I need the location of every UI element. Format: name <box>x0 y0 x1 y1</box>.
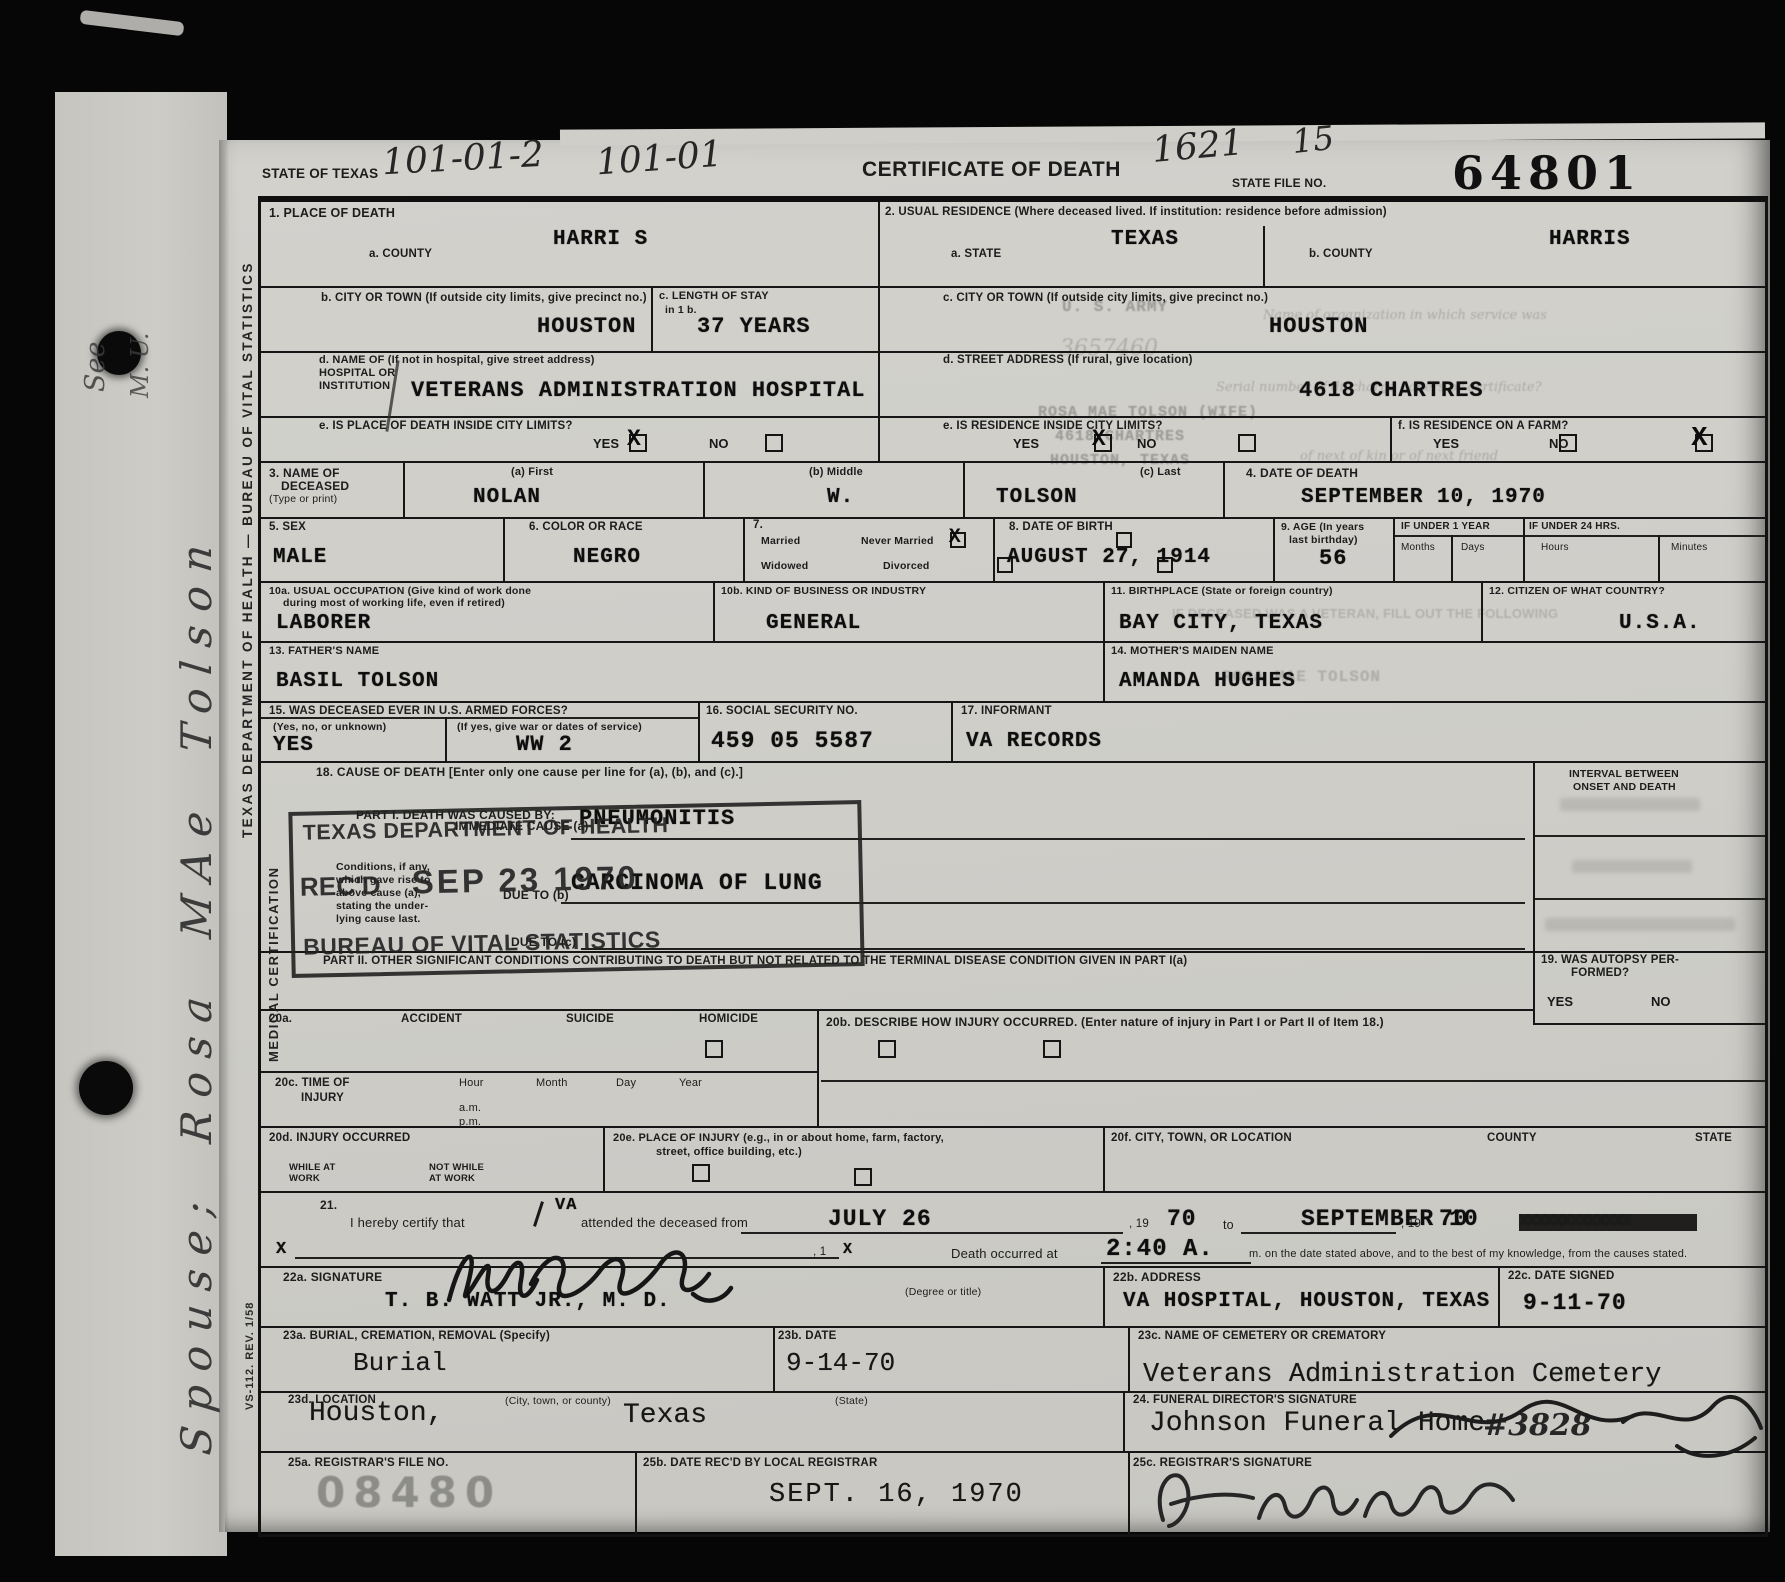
grid-line <box>261 1009 1533 1011</box>
day-label: Day <box>616 1077 636 1090</box>
residence-city-value: HOUSTON <box>1269 314 1368 339</box>
residence-county-value: HARRIS <box>1549 228 1631 251</box>
age-label2: last birthday) <box>1289 534 1358 546</box>
homicide-checkbox <box>1043 1040 1061 1058</box>
suicide-label: SUICIDE <box>566 1013 614 1027</box>
grid-line <box>821 1080 1765 1082</box>
grid-line <box>703 461 705 517</box>
grid-line <box>1123 1391 1125 1451</box>
no-label: NO <box>1137 436 1157 451</box>
grid-line <box>635 1451 637 1534</box>
hospital-label2: HOSPITAL OR <box>319 367 395 380</box>
informant-label: 17. INFORMANT <box>961 705 1052 719</box>
county-value: HARRI S <box>553 228 648 251</box>
not-while-at-work-checkbox <box>854 1168 872 1186</box>
grid-line <box>1451 535 1453 581</box>
industry-label: 10b. KIND OF BUSINESS OR INDUSTRY <box>721 585 926 597</box>
burial-date-value: 9-14-70 <box>786 1348 895 1378</box>
grid-line <box>1128 1451 1130 1534</box>
birthplace-label: 11. BIRTHPLACE (State or foreign country… <box>1111 585 1333 597</box>
marital-status-label: 7. <box>753 519 763 533</box>
homicide-label: HOMICIDE <box>699 1013 758 1027</box>
hole-punch <box>79 1061 133 1115</box>
yes-label: YES <box>1433 436 1459 451</box>
if-under-1-year-label: IF UNDER 1 YEAR <box>1401 521 1490 533</box>
yes-label: YES <box>593 436 619 451</box>
fathers-name-value: BASIL TOLSON <box>276 670 439 693</box>
occupation-label: 10a. USUAL OCCUPATION (Give kind of work… <box>269 585 531 597</box>
date-of-death-value: SEPTEMBER 10, 1970 <box>1301 486 1546 509</box>
hospital-value: VETERANS ADMINISTRATION HOSPITAL <box>411 378 865 403</box>
armed-forces-sublabel: (Yes, no, or unknown) <box>273 721 386 733</box>
time-of-injury-label: 20c. TIME OF <box>275 1077 350 1091</box>
sex-label: 5. SEX <box>269 521 306 535</box>
stamp-recd-label: REC'D <box>300 870 381 902</box>
funeral-director-signature-handwriting <box>1381 1378 1771 1464</box>
grid-line <box>1103 641 1105 701</box>
grid-line <box>261 351 1765 353</box>
pen-slash-mark <box>533 1201 544 1227</box>
grid-line <box>261 1126 1765 1128</box>
grid-line <box>743 517 745 581</box>
date-received-value: SEPT. 16, 1970 <box>769 1480 1024 1510</box>
grid-line <box>1103 1266 1105 1326</box>
cause-of-death-label: 18. CAUSE OF DEATH [Enter only one cause… <box>316 765 743 779</box>
injury-occurred-label: 20d. INJURY OCCURRED <box>269 1132 410 1146</box>
checkbox-x-mark: X <box>1691 424 1703 454</box>
while-at-work-checkbox <box>692 1164 710 1182</box>
grid-line <box>261 641 1765 643</box>
grid-line <box>1393 517 1395 581</box>
city-town-county-sublabel: (City, town, or county) <box>505 1395 611 1407</box>
grid-line <box>1273 517 1275 581</box>
death-limits-no-checkbox <box>765 434 783 452</box>
state-file-number-stamp: 64801 <box>1452 146 1642 200</box>
grid-line <box>261 461 1765 463</box>
burial-city-value: Houston, <box>309 1398 443 1429</box>
item-21-label: 21. <box>320 1198 337 1212</box>
while-at-work-label: WHILE AT <box>289 1162 335 1173</box>
part2-label: PART II. OTHER SIGNIFICANT CONDITIONS CO… <box>323 955 1187 969</box>
widowed-label: Widowed <box>761 560 808 572</box>
residence-city-limits-label: e. IS RESIDENCE INSIDE CITY LIMITS? <box>943 420 1163 434</box>
sex-value: MALE <box>273 546 327 569</box>
typed-x-mark: X <box>276 1240 287 1259</box>
describe-injury-label: 20b. DESCRIBE HOW INJURY OCCURRED. (Ente… <box>826 1015 1384 1029</box>
burial-label: 23a. BURIAL, CREMATION, REMOVAL (Specify… <box>283 1330 550 1344</box>
grid-line <box>261 416 1765 418</box>
year-label: Year <box>679 1077 702 1090</box>
grid-line <box>963 461 965 517</box>
city-label: b. CITY OR TOWN (If outside city limits,… <box>321 292 647 306</box>
injury-city-label: 20f. CITY, TOWN, OR LOCATION <box>1111 1132 1292 1146</box>
attended-to-year: 70 <box>1439 1206 1469 1232</box>
scanned-death-certificate: TEXAS DEPARTMENT OF HEALTH — BUREAU OF V… <box>0 0 1785 1582</box>
grid-line <box>1481 581 1483 641</box>
first-name-label: (a) First <box>511 466 553 479</box>
degree-or-title-label: (Degree or title) <box>905 1286 981 1298</box>
middle-name-label: (b) Middle <box>809 466 863 479</box>
hour-label: Hour <box>459 1077 484 1090</box>
minutes-label: Minutes <box>1671 542 1707 554</box>
grid-line <box>1103 1126 1105 1191</box>
grid-line <box>261 286 1765 288</box>
state-sublabel: (State) <box>835 1395 868 1407</box>
place-of-death-title: 1. PLACE OF DEATH <box>269 206 395 221</box>
certificate-form: 1. PLACE OF DEATH a. COUNTY HARRI S b. C… <box>258 196 1768 1537</box>
date-of-death-label: 4. DATE OF DEATH <box>1246 466 1358 480</box>
fathers-name-label: 13. FATHER'S NAME <box>269 645 379 658</box>
date-signed-value: 9-11-70 <box>1523 1290 1627 1316</box>
handwritten-file-number: 15 <box>1290 118 1336 161</box>
typed-x-mark: X <box>843 1241 853 1258</box>
grid-line <box>1393 535 1765 537</box>
certify-text2: attended the deceased from <box>581 1215 748 1230</box>
autopsy-label: 19. WAS AUTOPSY PER- <box>1541 954 1679 968</box>
citizen-value: U.S.A. <box>1619 612 1701 635</box>
color-or-race-value: NEGRO <box>573 546 641 569</box>
funeral-director-label: 24. FUNERAL DIRECTOR'S SIGNATURE <box>1133 1394 1357 1408</box>
comma-19-text: , 1 <box>813 1246 826 1260</box>
registrar-signature-handwriting <box>1141 1454 1541 1534</box>
margin-spouse-handwriting: Spouse; Rosa MAe Tolson <box>172 528 221 1457</box>
pm-label: p.m. <box>459 1116 481 1129</box>
struck-out-text: XXXXXXXXXXXXX <box>1519 1212 1631 1230</box>
certify-text: I hereby certify that <box>350 1215 465 1230</box>
checkbox-x-mark: X <box>949 526 957 549</box>
first-name-value: NOLAN <box>473 486 541 509</box>
county-label: a. COUNTY <box>369 248 432 262</box>
if-under-24-hrs-label: IF UNDER 24 HRS. <box>1529 521 1620 533</box>
grid-line <box>1533 1023 1765 1025</box>
certify-to-underline <box>1241 1232 1396 1234</box>
usual-residence-title: 2. USUAL RESIDENCE (Where deceased lived… <box>885 206 1387 220</box>
married-label: Married <box>761 535 800 547</box>
state-of-texas-label: STATE OF TEXAS <box>262 166 378 182</box>
grid-line <box>261 517 1765 519</box>
mothers-maiden-name-label: 14. MOTHER'S MAIDEN NAME <box>1111 645 1274 658</box>
last-name-value: TOLSON <box>996 486 1078 509</box>
mothers-maiden-name-value: AMANDA HUGHES <box>1119 670 1296 693</box>
checkbox-x-mark: X <box>1092 426 1102 452</box>
injury-state-label: STATE <box>1695 1132 1732 1146</box>
no-label: NO <box>1651 994 1671 1009</box>
birthplace-value: BAY CITY, TEXAS <box>1119 612 1323 635</box>
death-occurred-text: Death occurred at <box>951 1246 1058 1261</box>
grid-line <box>1263 226 1265 286</box>
grid-line <box>261 1071 817 1073</box>
occupation-value: LABORER <box>276 612 371 635</box>
interval-label2: ONSET AND DEATH <box>1573 781 1676 793</box>
grid-line <box>1533 898 1765 900</box>
grid-line <box>445 717 447 761</box>
last-name-label: (c) Last <box>1140 466 1181 479</box>
yes-label: YES <box>1547 994 1573 1009</box>
armed-forces-label: 15. WAS DECEASED EVER IN U.S. ARMED FORC… <box>269 705 568 719</box>
no-label: NO <box>1549 436 1569 451</box>
state-file-no-label: STATE FILE NO. <box>1232 176 1326 190</box>
registrar-file-no-stamp: 08480 <box>316 1468 502 1517</box>
not-while-at-work-label: NOT WHILE <box>429 1162 484 1173</box>
residence-farm-label: f. IS RESIDENCE ON A FARM? <box>1398 420 1568 434</box>
grid-line <box>773 1326 775 1391</box>
hospital-label: d. NAME OF (If not in hospital, give str… <box>319 354 595 367</box>
grid-line <box>993 517 995 581</box>
accident-label: ACCIDENT <box>401 1013 462 1027</box>
grid-line <box>1223 461 1225 517</box>
name-of-deceased-label2: DECEASED <box>281 479 349 493</box>
grid-line <box>403 461 405 517</box>
grid-line <box>1390 416 1392 461</box>
address-value: VA HOSPITAL, HOUSTON, TEXAS <box>1123 1290 1490 1313</box>
margin-note-handwriting: See <box>80 342 111 392</box>
handwritten-district-code: 101-01-2 <box>381 134 545 183</box>
suicide-checkbox <box>878 1040 896 1058</box>
months-label: Months <box>1401 542 1435 554</box>
length-of-stay-value: 37 YEARS <box>697 314 811 339</box>
citizen-label: 12. CITIZEN OF WHAT COUNTRY? <box>1489 585 1665 597</box>
cemetery-label: 23c. NAME OF CEMETERY OR CREMATORY <box>1138 1330 1386 1344</box>
handwritten-file-number: 1621 <box>1150 122 1245 171</box>
grid-line <box>1103 581 1105 641</box>
age-label: 9. AGE (In years <box>1281 521 1364 533</box>
death-city-limits-label: e. IS PLACE OF DEATH INSIDE CITY LIMITS? <box>319 420 573 434</box>
farm-no-checkbox: X <box>1695 434 1713 452</box>
address-label: 22b. ADDRESS <box>1113 1270 1201 1284</box>
death-limits-yes-checkbox: X <box>629 434 647 452</box>
divorced-label: Divorced <box>883 560 930 572</box>
accident-checkbox <box>705 1040 723 1058</box>
attended-from-year: 70 <box>1167 1206 1197 1232</box>
residence-city-label: c. CITY OR TOWN (If outside city limits,… <box>943 292 1268 306</box>
residence-limits-yes-checkbox: X <box>1094 434 1112 452</box>
length-of-stay-label: c. LENGTH OF STAY <box>659 290 769 303</box>
attended-by-va-value: VA <box>555 1196 577 1215</box>
grid-line <box>713 581 715 641</box>
stamp-date: SEP 23 1970 <box>411 859 639 903</box>
residence-state-label: a. STATE <box>951 248 1001 262</box>
grid-line <box>603 1126 605 1191</box>
grid-line <box>1498 1266 1500 1326</box>
comma-19-text: , 19 <box>1129 1218 1149 1232</box>
industry-value: GENERAL <box>766 612 861 635</box>
stamp-agency-line: TEXAS DEPARTMENT OF HEALTH <box>303 813 669 846</box>
date-of-birth-value: AUGUST 27, 1914 <box>1007 546 1211 569</box>
grid-line <box>503 517 505 581</box>
while-at-work-label2: WORK <box>289 1173 320 1184</box>
grid-line <box>261 701 1765 703</box>
ssn-value: 459 05 5587 <box>711 728 874 754</box>
physician-name-typed: T. B. WATT JR., M. D. <box>385 1290 671 1313</box>
middle-name-value: W. <box>827 486 854 509</box>
not-while-at-work-label2: AT WORK <box>429 1173 475 1184</box>
days-label: Days <box>1461 542 1485 554</box>
never-married-label: Never Married <box>861 535 934 547</box>
grid-line <box>878 202 880 461</box>
married-checkbox: X <box>950 532 966 548</box>
item-20a-label: 20a. <box>269 1013 292 1027</box>
hospital-label3: INSTITUTION <box>319 380 390 393</box>
certify-tail-text: m. on the date stated above, and to the … <box>1249 1248 1687 1261</box>
date-received-label: 25b. DATE REC'D BY LOCAL REGISTRAR <box>643 1457 877 1471</box>
month-label: Month <box>536 1077 568 1090</box>
place-of-injury-label2: street, office building, etc.) <box>656 1146 802 1159</box>
grid-line <box>1658 535 1660 581</box>
received-stamp: TEXAS DEPARTMENT OF HEALTH REC'D SEP 23 … <box>288 800 864 978</box>
grid-line <box>261 1326 1765 1328</box>
time-of-injury-label2: INJURY <box>301 1092 344 1106</box>
grid-line <box>698 701 700 761</box>
autopsy-label2: FORMED? <box>1571 967 1629 981</box>
grid-line <box>261 1191 1765 1193</box>
burial-value: Burial <box>353 1348 447 1378</box>
type-or-print-label: (Type or print) <box>269 493 337 505</box>
grid-line <box>651 286 653 351</box>
yes-label: YES <box>1013 436 1039 451</box>
interval-label: INTERVAL BETWEEN <box>1569 768 1679 780</box>
comma-19-text: , 19 <box>1401 1218 1421 1232</box>
age-value: 56 <box>1319 546 1347 571</box>
city-value: HOUSTON <box>537 314 636 339</box>
occupation-label2: during most of working life, even if ret… <box>283 597 505 609</box>
grid-line <box>261 761 1765 763</box>
to-text: to <box>1223 1218 1234 1233</box>
signature-label: 22a. SIGNATURE <box>283 1270 382 1284</box>
margin-form-code-text: VS-112. REV. 1/58 <box>244 1302 257 1410</box>
grid-line <box>1523 517 1525 581</box>
no-label: NO <box>709 436 729 451</box>
death-time-value: 2:40 A. <box>1106 1236 1214 1263</box>
film-scratch <box>80 10 185 37</box>
grid-line <box>817 1009 819 1126</box>
color-or-race-label: 6. COLOR OR RACE <box>529 521 643 535</box>
ssn-label: 16. SOCIAL SECURITY NO. <box>706 705 858 719</box>
am-label: a.m. <box>459 1102 481 1115</box>
attended-from-date: JULY 26 <box>828 1206 932 1232</box>
residence-county-label: b. COUNTY <box>1309 248 1373 262</box>
burial-state-value: Texas <box>623 1400 707 1431</box>
armed-forces-value: YES <box>273 734 314 757</box>
date-of-birth-label: 8. DATE OF BIRTH <box>1009 521 1113 535</box>
war-service-value: WW 2 <box>516 732 573 757</box>
grid-line <box>1128 1326 1130 1391</box>
grid-line <box>1533 835 1765 837</box>
checkbox-x-mark: X <box>627 426 637 452</box>
date-signed-label: 22c. DATE SIGNED <box>1508 1270 1615 1284</box>
grid-line <box>1533 761 1535 1023</box>
grid-line <box>261 581 1765 583</box>
length-of-stay-sublabel: in 1 b. <box>665 304 697 316</box>
informant-value: VA RECORDS <box>966 730 1102 753</box>
margin-agency-text: TEXAS DEPARTMENT OF HEALTH — BUREAU OF V… <box>240 261 256 838</box>
street-address-value: 4618 CHARTRES <box>1299 378 1484 403</box>
residence-limits-no-checkbox <box>1238 434 1256 452</box>
burial-date-label: 23b. DATE <box>778 1330 836 1344</box>
certify-from-underline <box>741 1232 1123 1234</box>
hours-label: Hours <box>1541 542 1569 554</box>
place-of-injury-label: 20e. PLACE OF INJURY (e.g., in or about … <box>613 1132 944 1145</box>
street-address-label: d. STREET ADDRESS (If rural, give locati… <box>943 354 1193 368</box>
certificate-title: CERTIFICATE OF DEATH <box>862 158 1121 183</box>
residence-state-value: TEXAS <box>1111 228 1179 251</box>
margin-note-handwriting: M. U. <box>126 333 154 398</box>
injury-county-label: COUNTY <box>1487 1132 1537 1146</box>
grid-line <box>951 701 953 761</box>
